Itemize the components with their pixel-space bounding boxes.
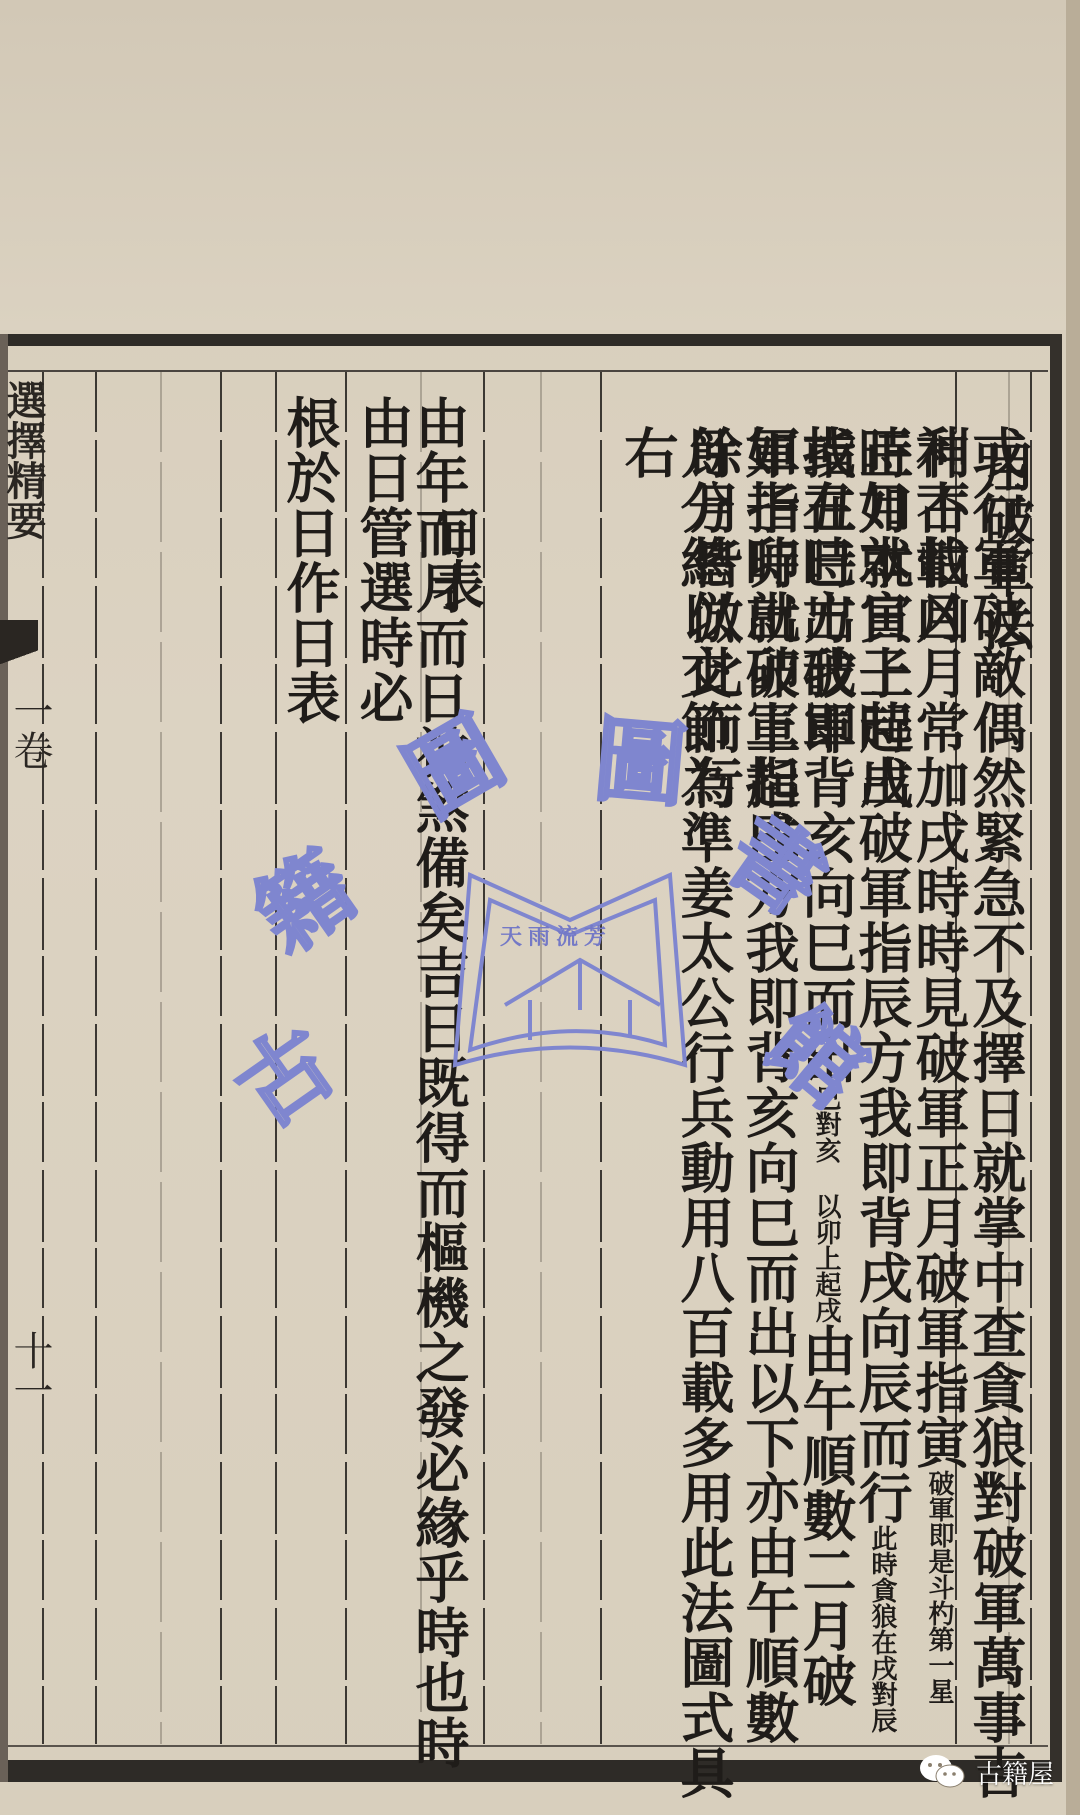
frame-border-bottom <box>8 1760 1060 1782</box>
spine-juan: 一卷 <box>2 690 59 770</box>
wechat-account-name: 古籍屋 <box>976 1754 1054 1791</box>
page-edge <box>1066 0 1080 1815</box>
top-blank-paper <box>0 0 1080 330</box>
fishtail-mark <box>0 620 38 680</box>
text-column: 根於日作日表 <box>282 395 338 725</box>
column-rule <box>42 372 44 1744</box>
seal-center-text: 天雨流芳 <box>500 920 612 951</box>
annotation: 破軍即是斗杓第一星 <box>924 1470 954 1704</box>
wechat-badge: 古籍屋 <box>918 1752 1054 1792</box>
text-column: 由年而月而日神煞備矣吉日既得而樞機之發必緣乎時也時由日管選時必 <box>355 395 467 1815</box>
frame-border-right <box>1050 334 1062 1782</box>
spine-page-number: 十一 <box>2 1330 59 1410</box>
spine-book-title: 選擇精要 <box>2 380 44 540</box>
column-rule <box>345 372 347 1744</box>
frame-inner-top <box>8 370 1048 372</box>
seal-char: 古 <box>205 991 356 1152</box>
seal-char: 圖 <box>589 686 692 826</box>
frame-border-top <box>0 334 1060 346</box>
wechat-icon <box>918 1752 968 1792</box>
book-page-scan: 選擇精要 一卷 十一 用破軍法 或行軍破敵偶然緊急不及擇日就掌中查貪狼對破軍萬事… <box>0 0 1080 1815</box>
annotation: 此時貪狼在戌對辰 <box>867 1525 897 1733</box>
seal-book-house-icon <box>440 860 690 1075</box>
seal-char: 籍 <box>225 816 376 977</box>
frame-border-left <box>0 334 8 1782</box>
column-rule <box>95 372 97 1744</box>
column-rule <box>160 372 162 1744</box>
text-column: 月分總以交節為準姜太公行兵動用八百載多用此法圖式具右 <box>620 425 732 1815</box>
